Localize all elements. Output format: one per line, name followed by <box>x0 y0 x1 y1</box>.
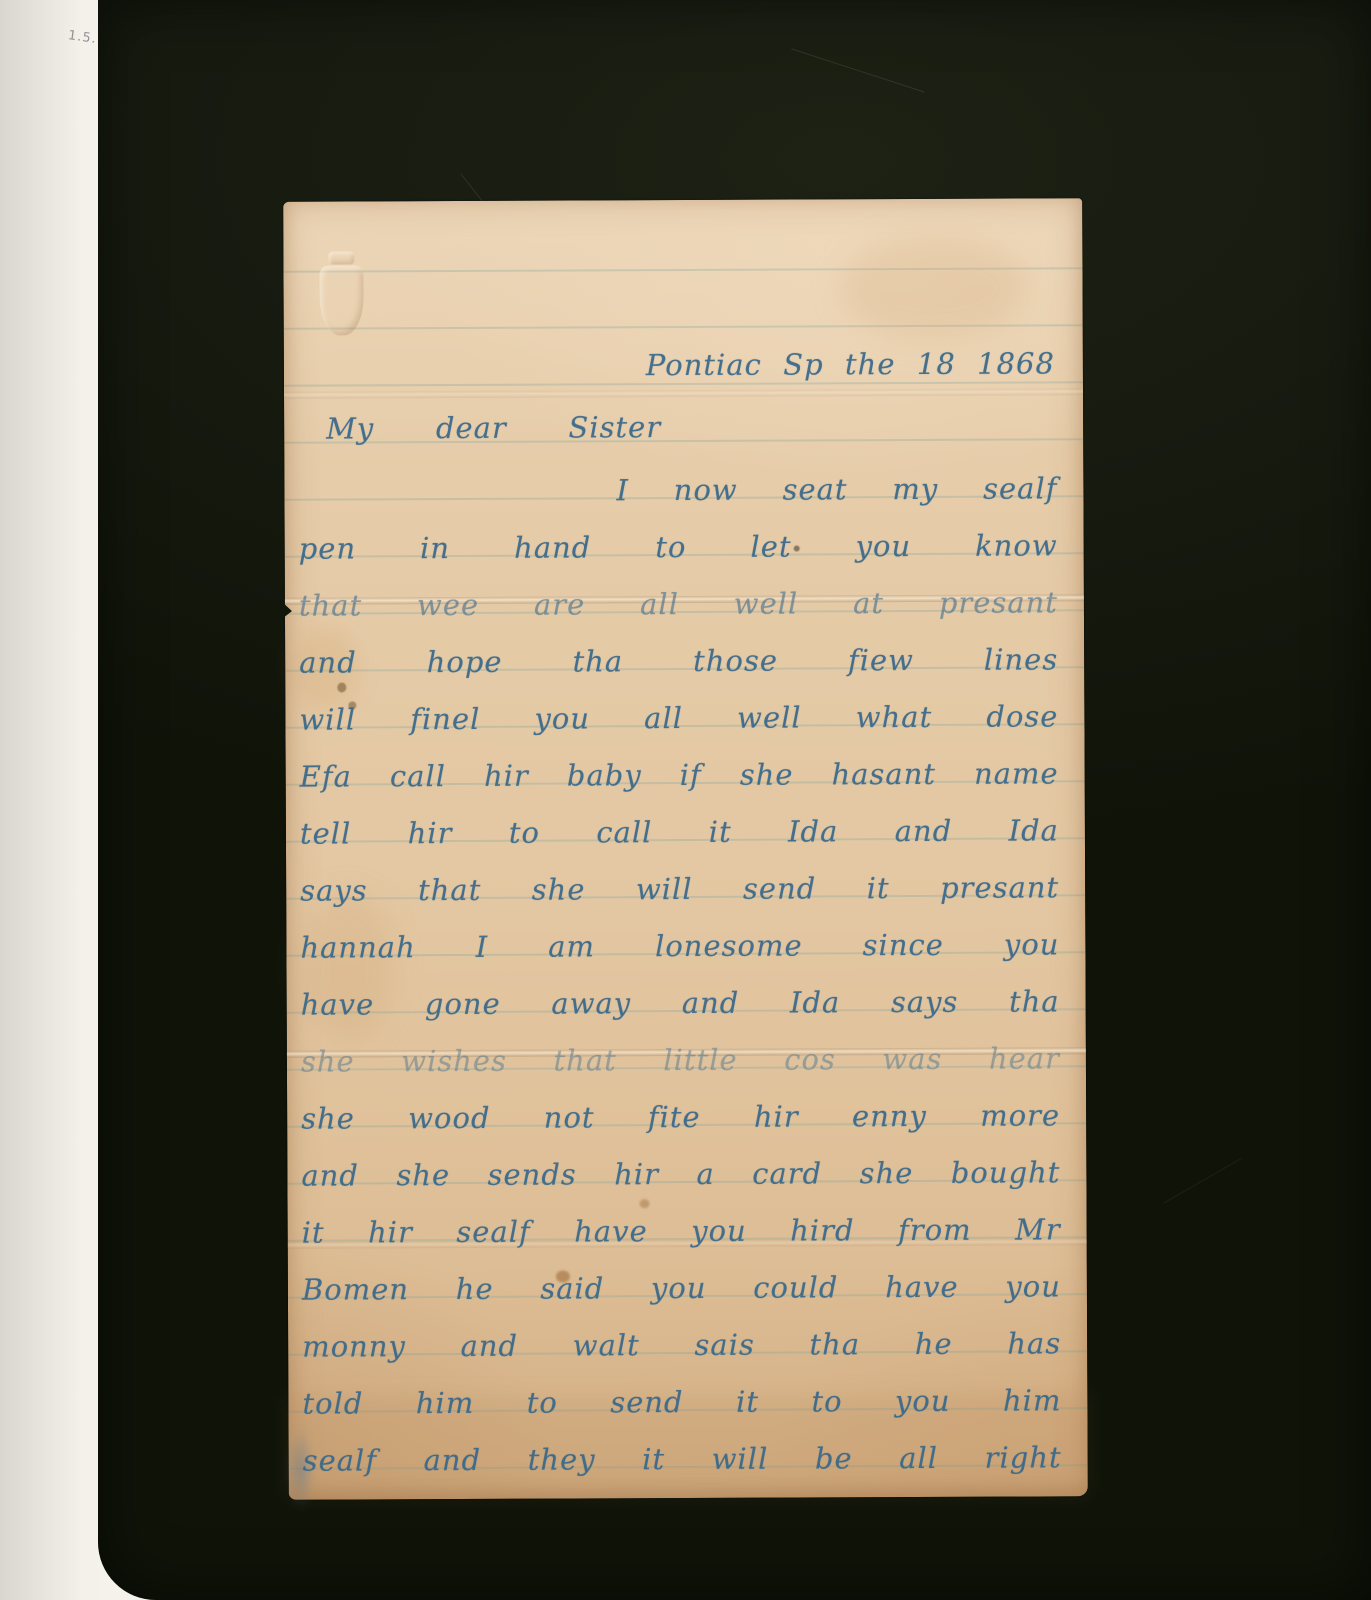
scanned-letter-photo: { "backdrop": { "pencil_note": "1.5." },… <box>0 0 1371 1600</box>
letter-line: and she sends hir a card she bought <box>301 1150 1060 1210</box>
letter-line: told him to send it to you him <box>302 1378 1061 1438</box>
letter-line: hannah I am lonesome since you <box>300 922 1059 982</box>
letter-line: says that she will send it presant <box>300 865 1059 925</box>
letter-line: sealf and they it will be all right <box>303 1435 1062 1495</box>
embossed-seal-icon <box>319 265 363 335</box>
letter-line: have gone away and Ida says tha <box>301 979 1060 1039</box>
letter-line: Efa call hir baby if she hasant name <box>300 751 1059 811</box>
date-line: Pontiac Sp the 18 1868 <box>646 346 1055 382</box>
letter-line: Bomen he said you could have you <box>302 1264 1061 1324</box>
letter-line: that wee are all well at presant <box>299 580 1058 640</box>
letter-line: monny and walt sais tha he has <box>302 1321 1061 1381</box>
letter-paper: Pontiac Sp the 18 1868 My dear Sister I … <box>283 198 1088 1499</box>
pencil-note: 1.5. <box>67 28 98 47</box>
letter-line: and hope tha those fiew lines <box>299 637 1058 697</box>
letter-line: she wood not fite hir enny more <box>301 1093 1060 1153</box>
letter-line: I now seat my sealf <box>616 466 1057 525</box>
letter-line: will finel you all well what dose <box>299 694 1058 754</box>
mat-scuff <box>791 48 924 92</box>
mat-scuff <box>1164 1158 1242 1204</box>
letter-line: tell hir to call it Ida and Ida <box>300 808 1059 868</box>
stain <box>838 234 1028 340</box>
fold-crease <box>284 388 1083 398</box>
letter-line: she wishes that little cos was hear <box>301 1036 1060 1096</box>
salutation: My dear Sister <box>326 410 661 445</box>
letter-line: pen in hand to let you know <box>299 523 1058 583</box>
letter-line: it hir sealf have you hird from Mr <box>302 1207 1061 1267</box>
